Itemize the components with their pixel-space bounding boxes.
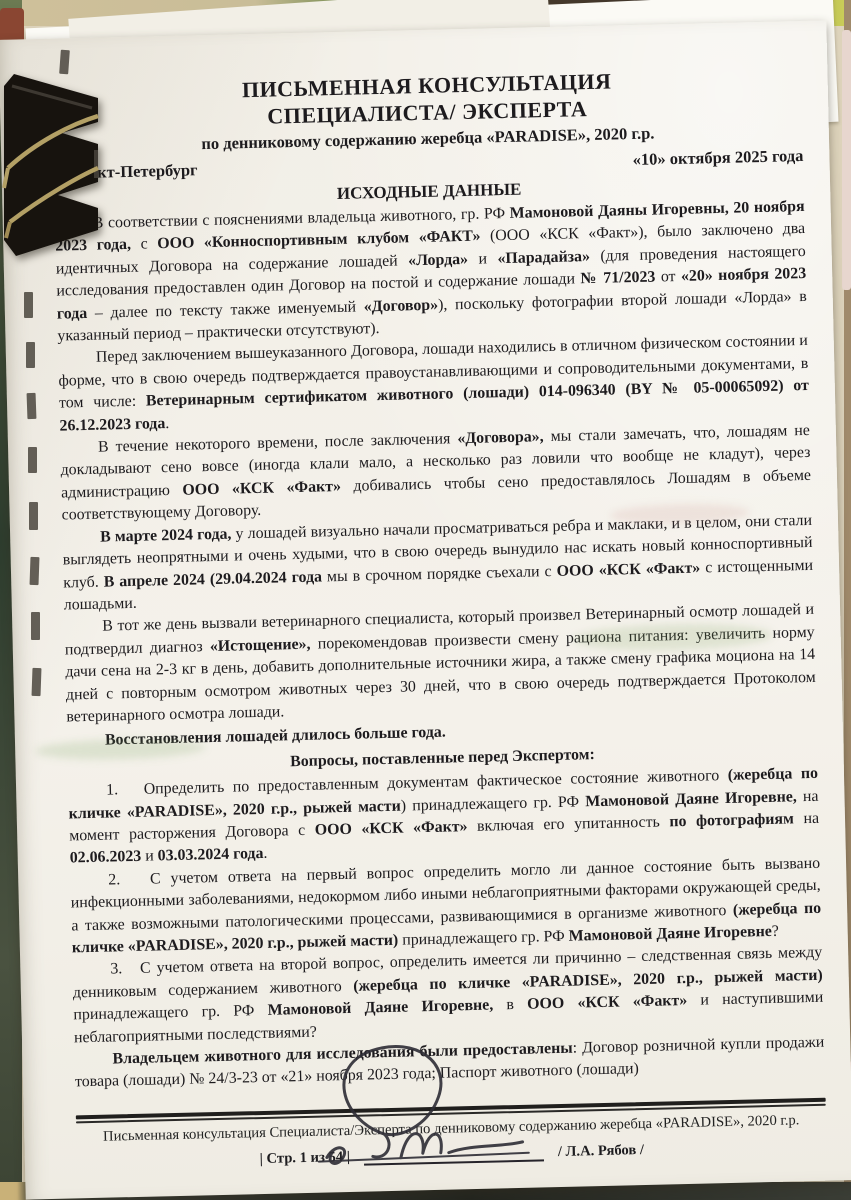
signature-handwriting (286, 1033, 590, 1195)
document-date: «10» октября 2025 года (632, 146, 803, 170)
paragraph-hay-complaints: В течение некоторого времени, после закл… (60, 420, 812, 527)
document-body: В соответствии с пояснениями владельца ж… (55, 196, 826, 1094)
paragraph-contract-background: В соответствии с пояснениями владельца ж… (55, 196, 808, 348)
paragraph-vet-examination: В тот же день вызвали ветеринарного спец… (64, 599, 816, 729)
binding-hole (26, 342, 35, 368)
binding-hole (28, 447, 37, 473)
paragraph-march-2024: В марте 2024 года, у лошадей визуально н… (62, 510, 814, 617)
page-footer: Письменная консультация Специалиста/Эксп… (76, 1098, 827, 1173)
question-3: 3. С учетом ответа на второй вопрос, опр… (72, 942, 824, 1049)
background-right-edge (842, 30, 851, 290)
document-page: ПИСЬМЕННАЯ КОНСУЛЬТАЦИЯ СПЕЦИАЛИСТА/ ЭКС… (0, 20, 851, 1199)
pen-circle-annotation (343, 1045, 442, 1135)
paragraph-initial-condition: Перед заключением вышеуказанного Договор… (58, 330, 810, 437)
binding-hole (24, 292, 33, 318)
question-2: 2. С учетом ответа на первый вопрос опре… (70, 853, 822, 960)
binding-hole (27, 393, 37, 419)
binding-hole (31, 612, 40, 640)
binder-clip (0, 72, 112, 258)
binding-hole (30, 557, 40, 585)
binding-hole (29, 502, 38, 530)
binding-hole (59, 50, 70, 75)
binding-hole (32, 668, 42, 696)
photo-scene: ПИСЬМЕННАЯ КОНСУЛЬТАЦИЯ СПЕЦИАЛИСТА/ ЭКС… (0, 0, 851, 1200)
question-1: 1. Определить по предоставленным докумен… (68, 763, 820, 870)
binder-clip-body (4, 74, 98, 256)
